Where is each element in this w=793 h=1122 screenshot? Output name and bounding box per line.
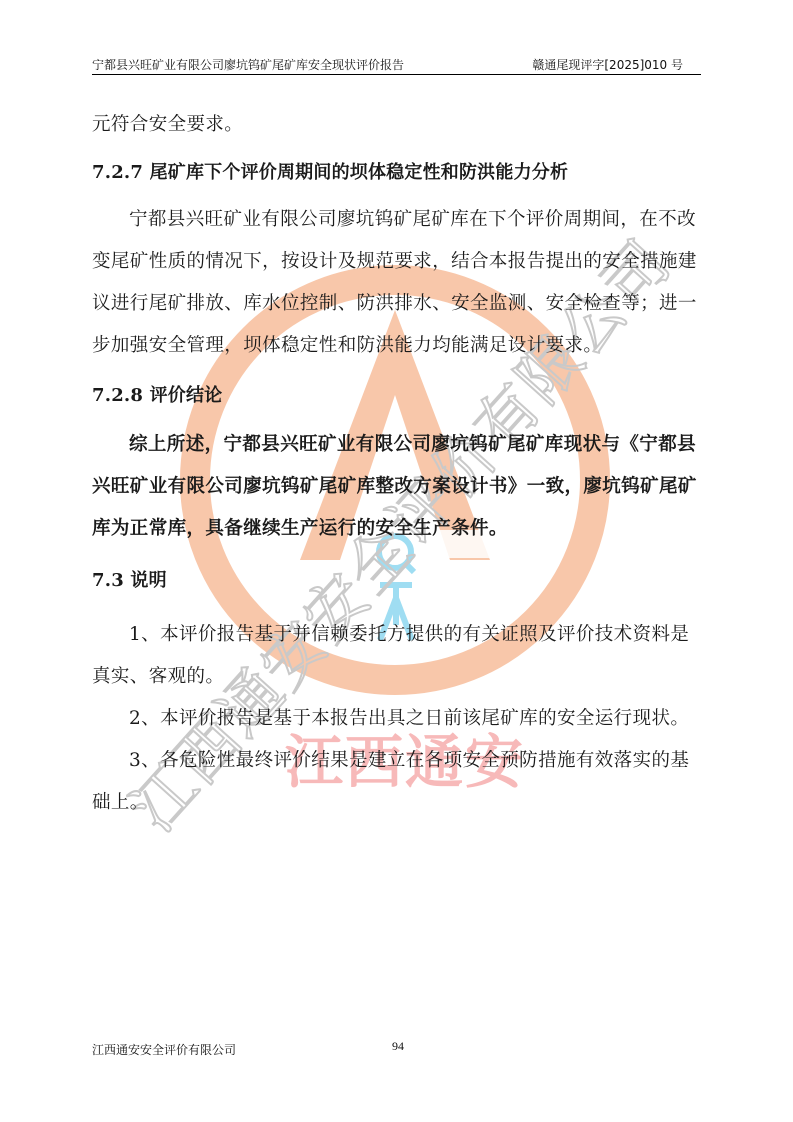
continuation-text: 元符合安全要求。 [92,104,702,146]
section-heading-7-2-8: 7.2.8 评价结论 [92,383,702,409]
note-item-1: 1、本评价报告基于并信赖委托方提供的有关证照及评价技术资料是真实、客观的。 [92,614,702,698]
footer-company: 江西通安安全评价有限公司 [92,1041,236,1058]
document-number: 赣通尾现评字[2025]010 号 [532,57,701,74]
section-7-2-7-paragraph: 宁都县兴旺矿业有限公司廖坑钨矿尾矿库在下个评价周期间，在不改变尾矿性质的情况下，… [92,199,702,367]
section-7-2-8-conclusion: 综上所述，宁都县兴旺矿业有限公司廖坑钨矿尾矿库现状与《宁都县兴旺矿业有限公司廖坑… [92,424,702,550]
report-title: 宁都县兴旺矿业有限公司廖坑钨矿尾矿库安全现状评价报告 [92,57,404,74]
note-item-2: 2、本评价报告是基于本报告出具之日前该尾矿库的安全运行现状。 [92,698,702,740]
document-body: 元符合安全要求。 7.2.7 尾矿库下个评价周期间的坝体稳定性和防洪能力分析 宁… [92,104,702,824]
section-heading-7-2-7: 7.2.7 尾矿库下个评价周期间的坝体稳定性和防洪能力分析 [92,160,702,186]
page-number: 94 [392,1039,404,1054]
note-item-3: 3、各危险性最终评价结果是建立在各项安全预防措施有效落实的基础上。 [92,740,702,824]
section-heading-7-3: 7.3 说明 [92,568,702,594]
page-header: 宁都县兴旺矿业有限公司廖坑钨矿尾矿库安全现状评价报告 赣通尾现评字[2025]0… [92,56,701,75]
